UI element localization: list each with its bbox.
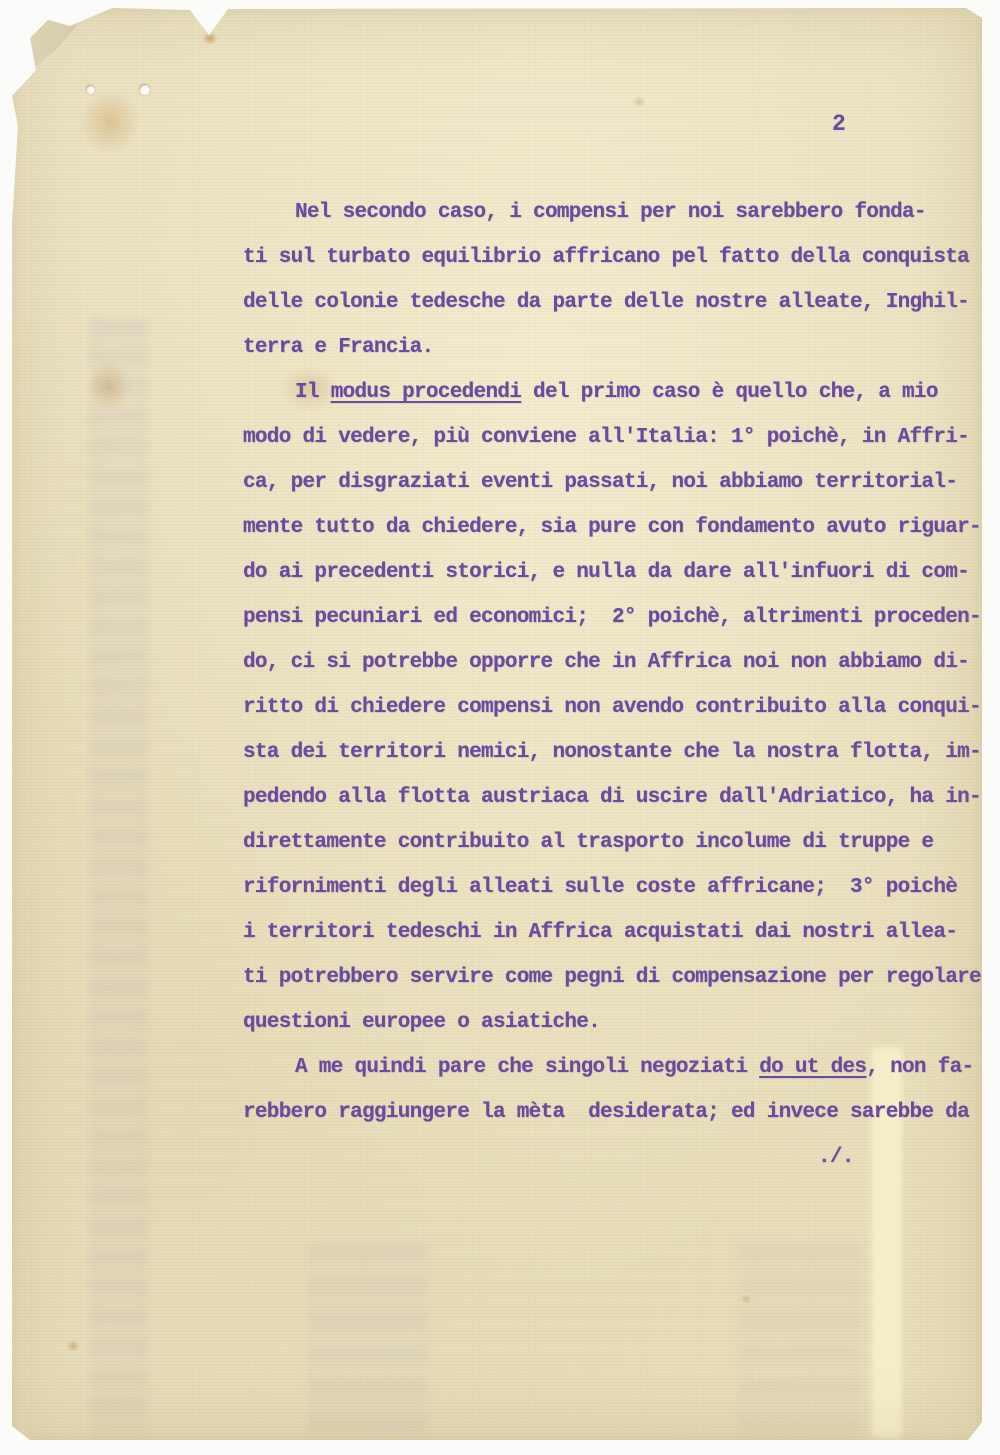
text-line: do ai precedenti storici, e nulla da dar… xyxy=(243,550,989,595)
text-line: Nel secondo caso, i compensi per noi sar… xyxy=(243,190,989,235)
text-line: terra e Francia. xyxy=(243,325,989,370)
text-line: direttamente contribuito al trasporto in… xyxy=(243,820,989,865)
text-segment: delle colonie tedesche da parte delle no… xyxy=(243,291,969,314)
stain xyxy=(202,32,218,45)
stain xyxy=(741,1294,752,1304)
text-segment: rifornimenti degli alleati sulle coste a… xyxy=(243,876,957,899)
text-line: sta dei territori nemici, nonostante che… xyxy=(243,730,989,775)
text-line: rebbero raggiungere la mèta desiderata; … xyxy=(243,1090,989,1135)
document-text: Nel secondo caso, i compensi per noi sar… xyxy=(243,190,989,1180)
ink-bleed-through xyxy=(308,1244,428,1440)
text-segment: mente tutto da chiedere, sia pure con fo… xyxy=(243,516,981,539)
torn-corner-fold xyxy=(10,8,120,98)
stain xyxy=(80,90,140,154)
text-line: pedendo alla flotta austriaca di uscire … xyxy=(243,775,989,820)
text-segment: pensi pecuniari ed economici; 2° poichè,… xyxy=(243,606,981,629)
text-segment: ritto di chiedere compensi non avendo co… xyxy=(243,696,981,719)
text-segment: i territori tedeschi in Affrica acquista… xyxy=(243,921,957,944)
text-line: delle colonie tedesche da parte delle no… xyxy=(243,280,989,325)
text-line: A me quindi pare che singoli negoziati d… xyxy=(243,1045,989,1090)
text-line: mente tutto da chiedere, sia pure con fo… xyxy=(243,505,989,550)
text-line: pensi pecuniari ed economici; 2° poichè,… xyxy=(243,595,989,640)
text-segment: ca, per disgraziati eventi passati, noi … xyxy=(243,471,957,494)
text-segment: A me quindi pare che singoli negoziati xyxy=(295,1056,759,1079)
stain xyxy=(88,360,130,412)
text-line: Il modus procedendi del primo caso è que… xyxy=(243,370,989,415)
text-line: ti sul turbato equilibrio affricano pel … xyxy=(243,235,989,280)
text-line: rifornimenti degli alleati sulle coste a… xyxy=(243,865,989,910)
text-segment: del primo caso è quello che, a mio xyxy=(521,381,938,404)
pin-hole xyxy=(86,85,95,94)
underlined-text-segment: do ut des xyxy=(759,1056,866,1079)
paper-sheet: 2 Nel secondo caso, i compensi per noi s… xyxy=(10,8,982,1440)
text-segment: Nel secondo caso, i compensi per noi sar… xyxy=(295,201,926,224)
pin-hole xyxy=(139,84,150,95)
text-segment: ti potrebbero servire come pegni di comp… xyxy=(243,966,981,989)
page-number: 2 xyxy=(832,111,846,137)
text-segment: ti sul turbato equilibrio affricano pel … xyxy=(243,246,969,269)
text-line: i territori tedeschi in Affrica acquista… xyxy=(243,910,989,955)
underlined-text-segment: modus procedendi xyxy=(331,381,521,404)
text-line: questioni europee o asiatiche. xyxy=(243,1000,989,1045)
text-segment: modo di vedere, più conviene all'Italia:… xyxy=(243,426,969,449)
text-segment: sta dei territori nemici, nonostante che… xyxy=(243,741,981,764)
ink-bleed-through xyxy=(738,1244,860,1440)
text-line: modo di vedere, più conviene all'Italia:… xyxy=(243,415,989,460)
text-segment: do ai precedenti storici, e nulla da dar… xyxy=(243,561,969,584)
text-line: ca, per disgraziati eventi passati, noi … xyxy=(243,460,989,505)
scan-background: 2 Nel secondo caso, i compensi per noi s… xyxy=(0,0,1000,1455)
continuation-mark: ./. xyxy=(243,1135,989,1180)
text-segment: terra e Francia. xyxy=(243,336,433,359)
text-segment: questioni europee o asiatiche. xyxy=(243,1011,600,1034)
stain xyxy=(66,1340,80,1352)
text-segment: rebbero raggiungere la mèta desiderata; … xyxy=(243,1101,969,1124)
text-segment: do, ci si potrebbe opporre che in Affric… xyxy=(243,651,969,674)
text-segment: pedendo alla flotta austriaca di uscire … xyxy=(243,786,981,809)
ink-bleed-through xyxy=(90,320,148,1434)
text-line: ti potrebbero servire come pegni di comp… xyxy=(243,955,989,1000)
text-segment: Il xyxy=(295,381,331,404)
text-segment: , non fa- xyxy=(866,1056,973,1079)
text-line: do, ci si potrebbe opporre che in Affric… xyxy=(243,640,989,685)
text-line: ritto di chiedere compensi non avendo co… xyxy=(243,685,989,730)
stain xyxy=(632,96,646,108)
text-segment: direttamente contribuito al trasporto in… xyxy=(243,831,933,854)
